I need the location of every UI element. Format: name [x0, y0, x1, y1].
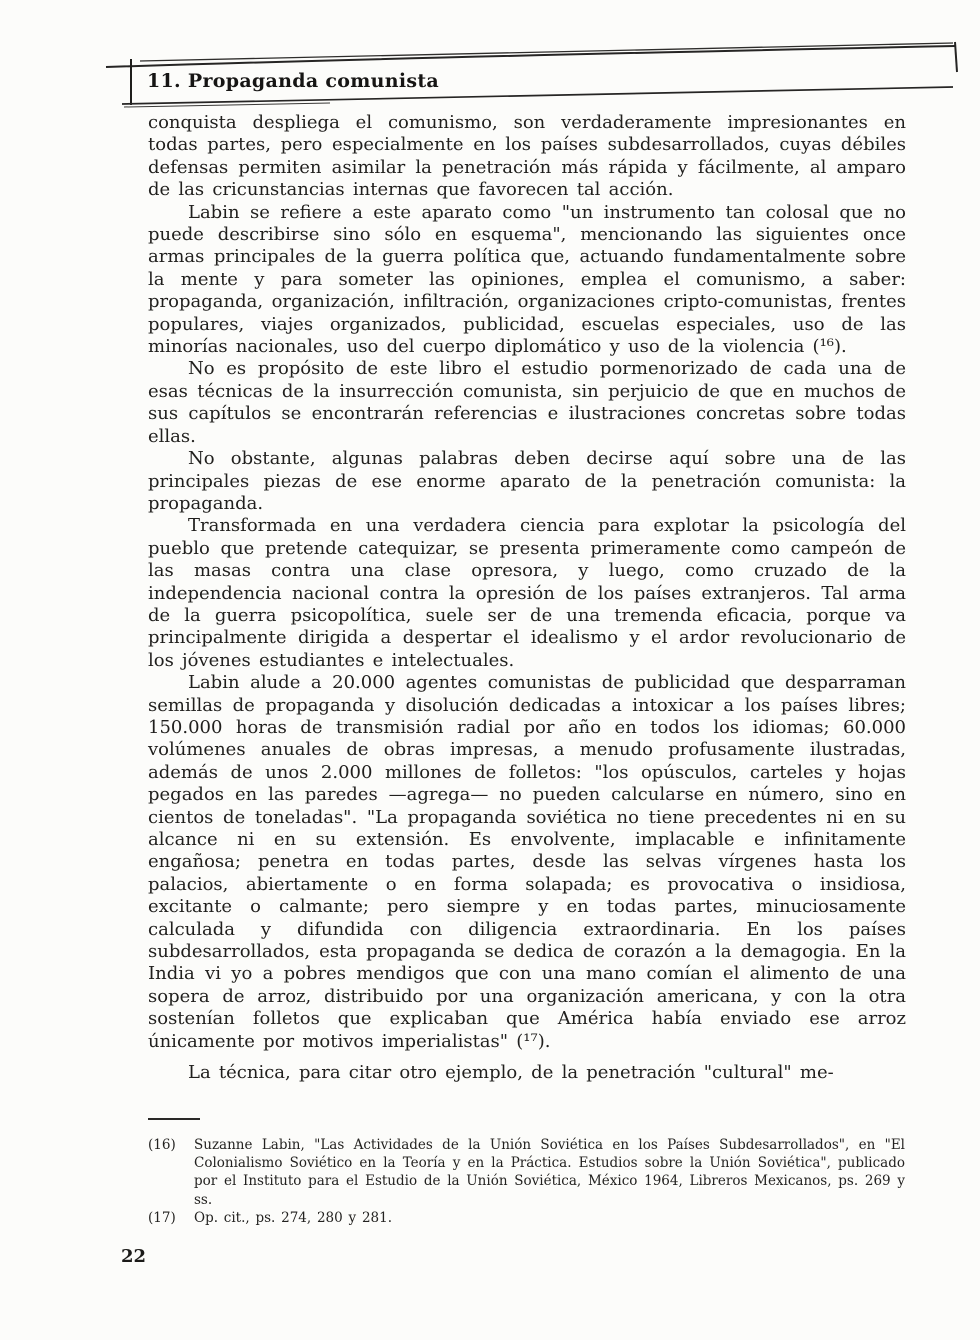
- paragraph-la-tecnica: La técnica, para citar otro ejemplo, de …: [148, 1062, 906, 1084]
- footnote-17: (17) Op. cit., ps. 274, 280 y 281.: [148, 1209, 905, 1227]
- footnote-16-marker: (16): [148, 1136, 194, 1209]
- paragraph-no-obstante: No obstante, algunas palabras deben deci…: [148, 448, 906, 515]
- chapter-title: 11. Propaganda comunista: [147, 70, 439, 92]
- paragraph-transformada: Transformada en una verdadera ciencia pa…: [148, 515, 906, 672]
- footnote-17-text: Op. cit., ps. 274, 280 y 281.: [194, 1209, 905, 1227]
- footnote-16: (16) Suzanne Labin, "Las Actividades de …: [148, 1136, 905, 1209]
- paragraph-labin-alude: Labin alude a 20.000 agentes comunistas …: [148, 672, 906, 1053]
- footnote-16-text: Suzanne Labin, "Las Actividades de la Un…: [194, 1136, 905, 1209]
- scan-artifact-lines: [0, 0, 980, 130]
- footnotes-section: (16) Suzanne Labin, "Las Actividades de …: [148, 1118, 905, 1227]
- book-page: 11. Propaganda comunista conquista despl…: [0, 0, 980, 1340]
- page-number: 22: [121, 1246, 146, 1267]
- paragraph-labin-aparato: Labin se refiere a este aparato como "un…: [148, 202, 906, 359]
- paragraph-continuation: conquista despliega el comunismo, son ve…: [148, 112, 906, 202]
- paragraph-no-es-proposito: No es propósito de este libro el estudio…: [148, 358, 906, 448]
- footnote-separator: [148, 1118, 200, 1120]
- footnote-17-marker: (17): [148, 1209, 194, 1227]
- page-body: conquista despliega el comunismo, son ve…: [148, 112, 906, 1084]
